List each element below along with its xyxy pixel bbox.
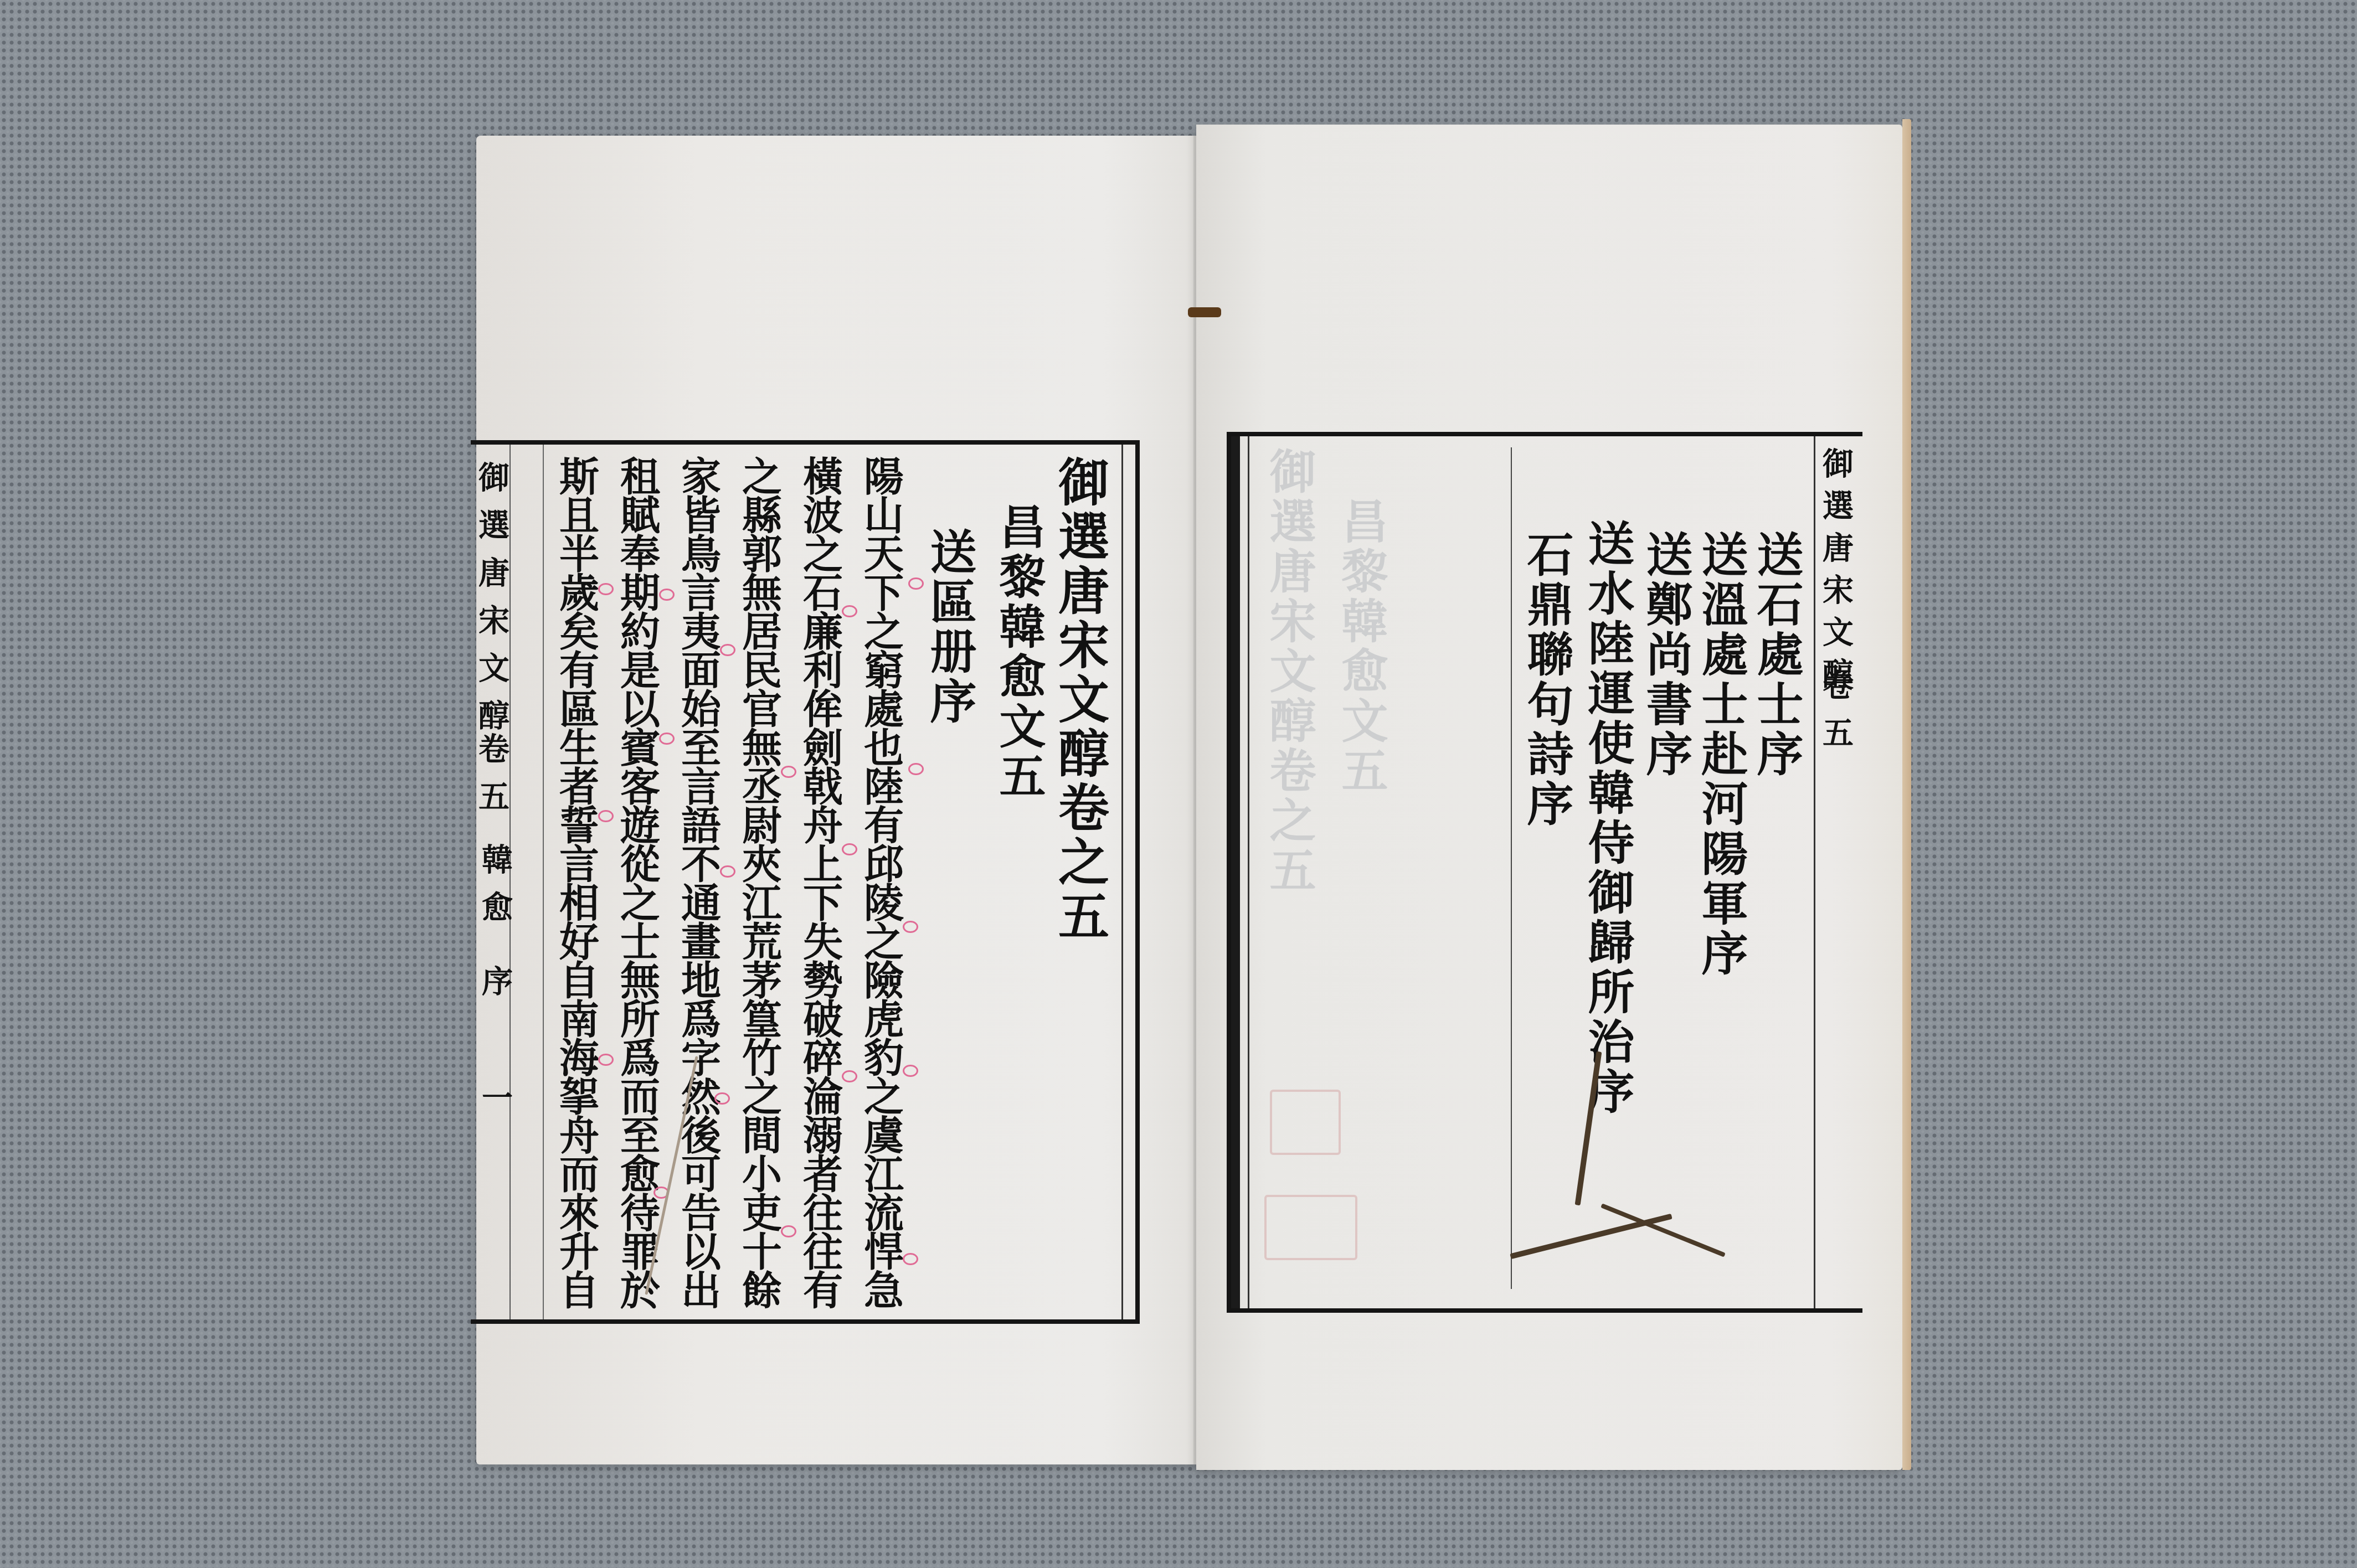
punctuation-mark (659, 733, 675, 745)
left-thin-rule (1248, 436, 1249, 1308)
contents-item-3: 送鄭尚書序 (1641, 530, 1691, 780)
punctuation-mark (842, 1070, 857, 1082)
page-edge (1902, 119, 1911, 1470)
margin-book-title: 御選唐宋文醇 (1819, 447, 1852, 700)
left-thick-rule (1231, 436, 1240, 1308)
margin-author: 韓愈 (478, 843, 512, 938)
inner-border-rule (1121, 445, 1123, 1319)
paper-tear (1188, 307, 1221, 317)
contents-item-1: 送石處士序 (1752, 530, 1802, 780)
show-through-text: 昌黎韓愈文五 (1336, 497, 1386, 796)
section-title: 送區册序 (925, 528, 975, 727)
punctuation-mark (903, 1065, 918, 1077)
body-column-4: 家皆鳥言夷面始至言語不通畫地爲字然後可告以出 (676, 456, 720, 1308)
margin-volume: 卷五 (1819, 669, 1852, 764)
punctuation-mark (903, 1253, 918, 1265)
margin-book-title: 御選唐宋文醇 (475, 461, 508, 747)
punctuation-mark (720, 644, 735, 656)
left-page-border-frame: 御選唐宋文醇 卷五 韓愈 序 一 御選唐宋文醇卷之五 昌黎韓愈文五 送區册序 陽… (471, 440, 1140, 1324)
contents-item-4: 送水陸運使韓侍御歸所治序 (1583, 519, 1633, 1117)
punctuation-mark (781, 766, 796, 778)
column-divider (1511, 447, 1512, 1289)
punctuation-mark (598, 810, 614, 822)
body-column-3: 之縣郭無居民官無丞尉夾江荒茅篁竹之間小吏十餘 (737, 456, 781, 1308)
margin-section: 序 (478, 965, 512, 1013)
show-through-text: 御選唐宋文醇卷之五 (1264, 447, 1314, 896)
seal-stamp (1264, 1195, 1357, 1260)
body-column-6: 斯且半歲矣有區生者誓言相好自南海挐舟而來升自 (554, 456, 598, 1308)
punctuation-mark (598, 1054, 614, 1066)
body-column-2: 橫波之石廉利侔劍戟舟上下失勢破碎淪溺者往往有 (797, 456, 842, 1308)
left-page: 御選唐宋文醇 卷五 韓愈 序 一 御選唐宋文醇卷之五 昌黎韓愈文五 送區册序 陽… (476, 136, 1213, 1464)
paper-crack (1510, 1214, 1672, 1259)
punctuation-mark (842, 843, 857, 855)
punctuation-mark (908, 763, 924, 775)
author-line: 昌黎韓愈文五 (994, 503, 1044, 802)
body-column-1: 陽山天下之窮處也陸有邱陵之險虎豹之虞江流悍急 (858, 456, 903, 1308)
punctuation-mark (908, 577, 924, 590)
right-page-border-frame: 御選唐宋文醇卷之五 昌黎韓愈文五 送石處士序 送溫處士赴河陽軍序 送鄭尚書序 送… (1227, 432, 1862, 1313)
punctuation-mark (903, 921, 918, 933)
column-divider (543, 445, 544, 1319)
punctuation-mark (720, 865, 735, 878)
punctuation-mark (659, 589, 675, 601)
margin-volume: 卷五 (475, 733, 508, 828)
body-column-5: 租賦奉期約是以賓客遊從之士無所爲而至愈待罪於 (615, 456, 659, 1308)
open-book: 御選唐宋文醇 卷五 韓愈 序 一 御選唐宋文醇卷之五 昌黎韓愈文五 送區册序 陽… (476, 136, 1911, 1464)
margin-rule (1814, 436, 1815, 1308)
punctuation-mark (781, 1225, 796, 1237)
seal-stamp (1270, 1090, 1341, 1155)
title-line: 御選唐宋文醇卷之五 (1052, 456, 1108, 944)
contents-item-5: 石鼎聯句詩序 (1522, 530, 1572, 829)
right-page: 御選唐宋文醇卷之五 昌黎韓愈文五 送石處士序 送溫處士赴河陽軍序 送鄭尚書序 送… (1196, 125, 1902, 1470)
margin-page-number: 一 (478, 1081, 512, 1129)
punctuation-mark (598, 583, 614, 595)
contents-item-2: 送溫處士赴河陽軍序 (1696, 530, 1746, 979)
punctuation-mark (714, 1092, 730, 1105)
punctuation-mark (842, 605, 857, 617)
